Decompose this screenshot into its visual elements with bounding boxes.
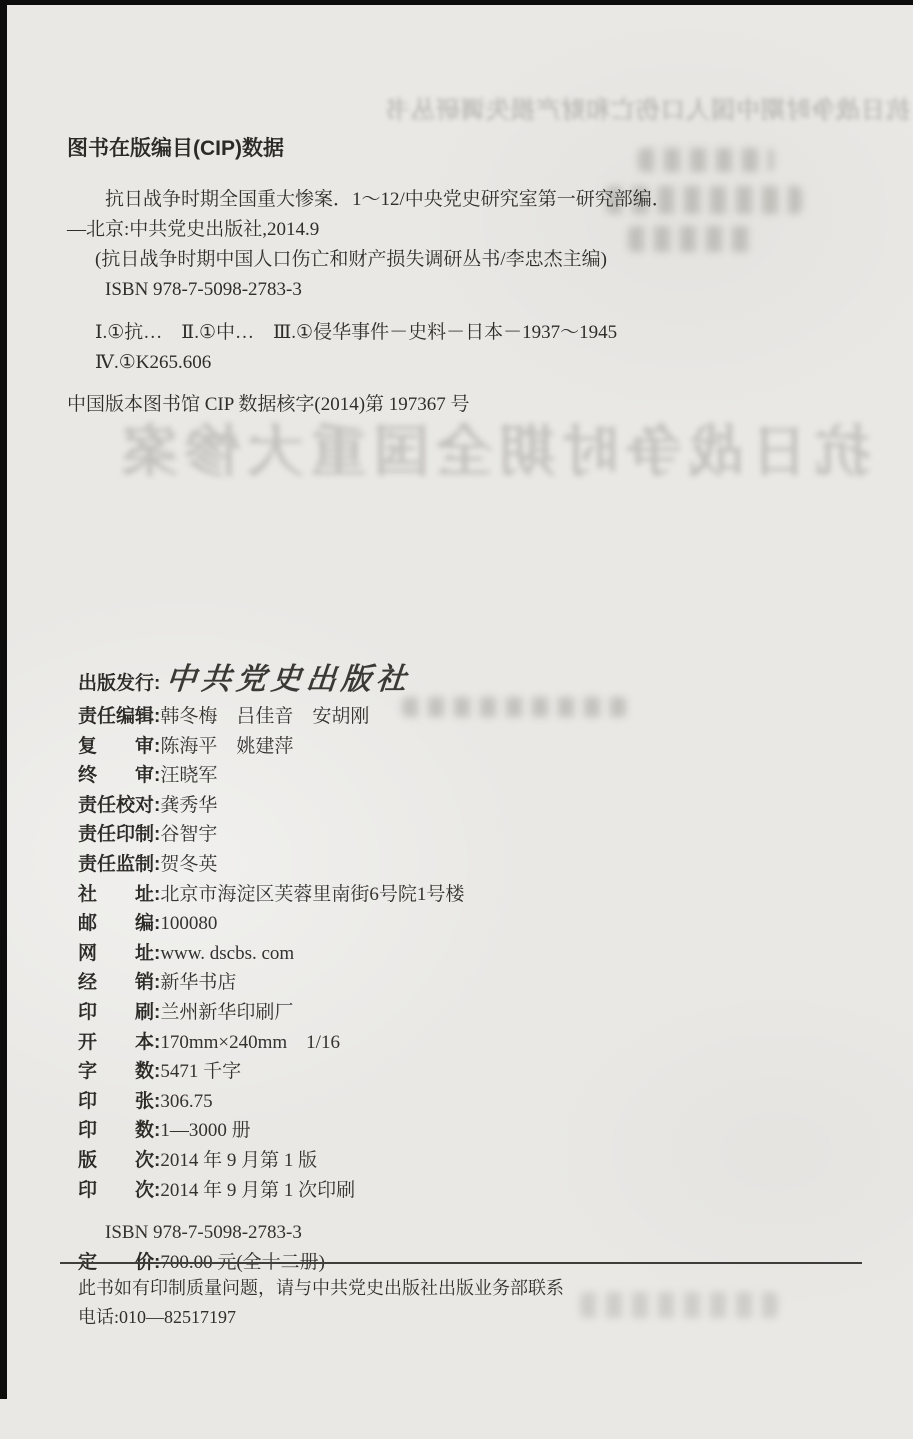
ghost-title-text: 抗日战争时期全国重大惨案 (100, 408, 885, 488)
row-value: www. dscbs. com (160, 943, 294, 964)
cip-title-line-1: 抗日战争时期全国重大惨案．1～12/中央党史研究室第一研究部编． (67, 185, 867, 215)
colophon-row-website: 网 址:www. dscbs. com (78, 939, 838, 969)
row-label: 邮 编: (78, 913, 160, 934)
cip-classification-line-1: Ⅰ.①抗… Ⅱ.①中… Ⅲ.①侵华事件－史料－日本－1937～1945 (67, 318, 867, 348)
row-value: 100080 (160, 913, 217, 934)
colophon-row-print-supervisor: 责任印制:谷智宇 (78, 820, 838, 850)
row-value: 1—3000 册 (160, 1120, 250, 1141)
row-label: 经 销: (78, 972, 160, 993)
row-label: 网 址: (78, 943, 160, 964)
scan-edge-top (0, 0, 913, 5)
scan-edge-left (0, 0, 7, 1399)
row-label: 版 次: (78, 1150, 160, 1171)
row-label: 责任印制: (78, 824, 160, 845)
row-value: 2014 年 9 月第 1 版 (160, 1150, 317, 1171)
row-value: 306.75 (160, 1091, 212, 1112)
row-label: 责任编辑: (78, 706, 160, 727)
row-value: 北京市海淀区芙蓉里南街6号院1号楼 (160, 884, 464, 905)
row-label: 终 审: (78, 765, 160, 786)
colophon-row-printer: 印 刷:兰州新华印刷厂 (78, 998, 838, 1028)
contact-phone-text: 电话:010—82517197 (78, 1303, 778, 1332)
row-label: 印 次: (78, 1180, 160, 1201)
colophon-row-format: 开 本:170mm×240mm 1/16 (78, 1028, 838, 1058)
row-label: 开 本: (78, 1032, 160, 1053)
row-value: 谷智宇 (160, 824, 217, 845)
cip-record-number-line: 中国版本图书馆 CIP 数据核字(2014)第 197367 号 (67, 390, 867, 420)
colophon-row-review: 复 审:陈海平 姚建萍 (78, 732, 838, 762)
colophon-row-editor: 责任编辑:韩冬梅 吕佳音 安胡刚 (78, 702, 838, 732)
row-label: 责任校对: (78, 795, 160, 816)
colophon-row-sheets: 印 张:306.75 (78, 1087, 838, 1117)
row-label: 复 审: (78, 736, 160, 757)
colophon-row-edition: 版 次:2014 年 9 月第 1 版 (78, 1146, 838, 1176)
publisher-label: 出版发行: (78, 673, 160, 694)
row-value: 龚秀华 (160, 795, 217, 816)
colophon-row-final-review: 终 审:汪晓军 (78, 761, 838, 791)
row-value: 兰州新华印刷厂 (160, 1002, 293, 1023)
cip-block: 图书在版编目(CIP)数据 抗日战争时期全国重大惨案．1～12/中央党史研究室第… (67, 134, 867, 420)
row-value: 5471 千字 (160, 1061, 241, 1082)
row-label: 社 址: (78, 884, 160, 905)
book-copyright-page: 抗日战争时期中国人口伤亡和财产损失调研丛书 抗日战争时期全国重大惨案 图书在版编… (0, 0, 913, 1439)
row-value: 170mm×240mm 1/16 (160, 1032, 340, 1053)
row-value: 韩冬梅 吕佳音 安胡刚 (160, 706, 369, 727)
row-value: 2014 年 9 月第 1 次印刷 (160, 1180, 355, 1201)
isbn-text: ISBN 978-7-5098-2783-3 (105, 1222, 302, 1243)
cip-title-line-2: —北京:中共党史出版社,2014.9 (67, 215, 867, 245)
row-label: 印 张: (78, 1091, 160, 1112)
cip-classification-line-2: Ⅳ.①K265.606 (67, 348, 867, 378)
row-value: 汪晓军 (160, 765, 217, 786)
cip-heading: 图书在版编目(CIP)数据 (67, 134, 867, 164)
row-label: 责任监制: (78, 854, 160, 875)
colophon-row-impression: 印 次:2014 年 9 月第 1 次印刷 (78, 1176, 838, 1206)
colophon-isbn-line: ISBN 978-7-5098-2783-3 (78, 1218, 838, 1248)
publisher-row: 出版发行:中共党史出版社 (78, 658, 838, 702)
ghost-series-text: 抗日战争时期中国人口伤亡和财产损失调研丛书 (420, 90, 910, 125)
colophon-row-postcode: 邮 编:100080 (78, 909, 838, 939)
row-value: 贺冬英 (160, 854, 217, 875)
colophon-row-production-supervisor: 责任监制:贺冬英 (78, 850, 838, 880)
quality-notice-text: 此书如有印制质量问题，请与中共党史出版社出版业务部联系 (78, 1274, 778, 1303)
footer-divider-line (60, 1262, 862, 1264)
colophon-block: 出版发行:中共党史出版社 责任编辑:韩冬梅 吕佳音 安胡刚 复 审:陈海平 姚建… (78, 658, 838, 1277)
colophon-row-distributor: 经 销:新华书店 (78, 968, 838, 998)
row-label: 印 刷: (78, 1002, 160, 1023)
colophon-row-print-run: 印 数:1—3000 册 (78, 1116, 838, 1146)
colophon-row-proofreader: 责任校对:龚秀华 (78, 791, 838, 821)
cip-isbn-line: ISBN 978-7-5098-2783-3 (67, 275, 867, 305)
colophon-row-address: 社 址:北京市海淀区芙蓉里南街6号院1号楼 (78, 880, 838, 910)
colophon-row-word-count: 字 数:5471 千字 (78, 1057, 838, 1087)
row-value: 陈海平 姚建萍 (160, 736, 293, 757)
row-value: 新华书店 (160, 972, 236, 993)
publisher-name-script: 中共党史出版社 (164, 658, 413, 702)
row-label: 印 数: (78, 1120, 160, 1141)
cip-series-line: (抗日战争时期中国人口伤亡和财产损失调研丛书/李忠杰主编) (67, 245, 867, 275)
footer-block: 此书如有印制质量问题，请与中共党史出版社出版业务部联系 电话:010—82517… (78, 1274, 778, 1331)
row-label: 字 数: (78, 1061, 160, 1082)
